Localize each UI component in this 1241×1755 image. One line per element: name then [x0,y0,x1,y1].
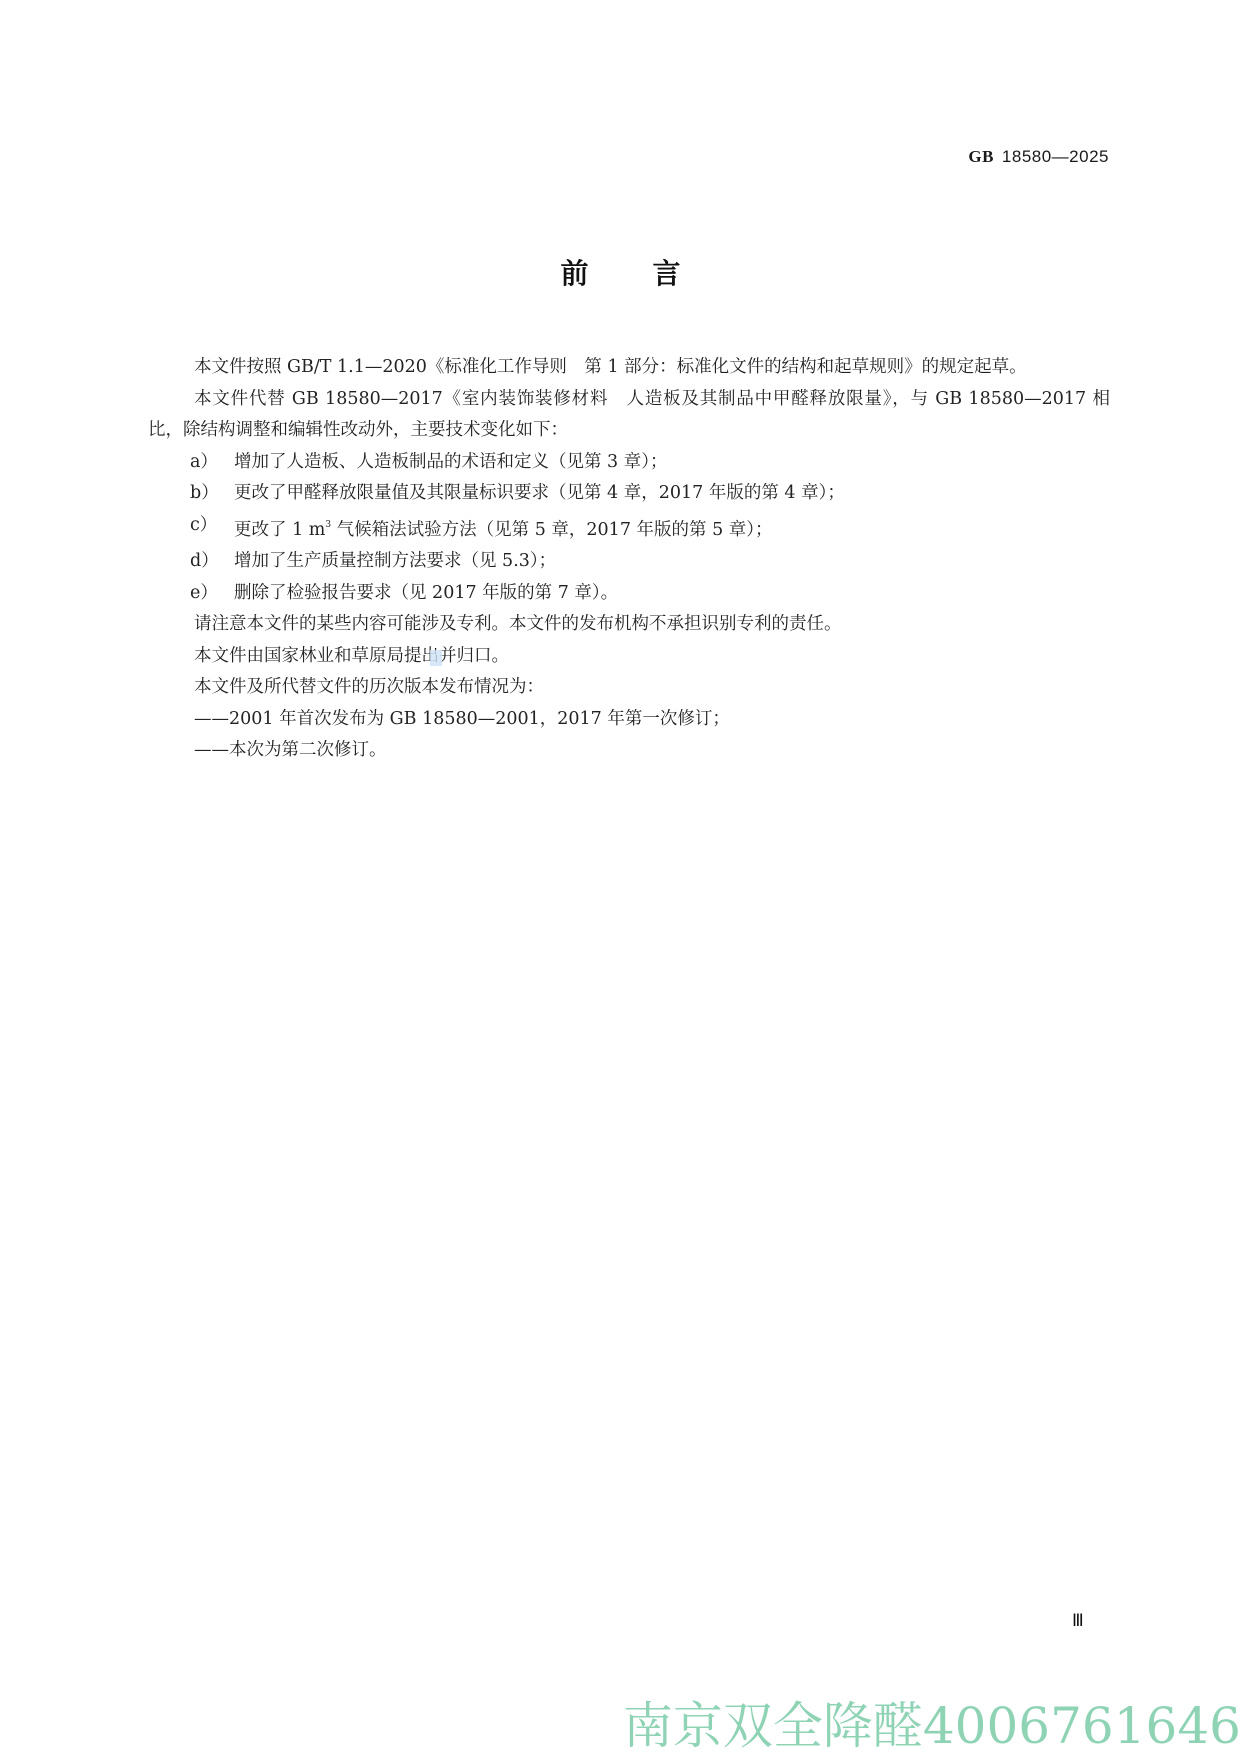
history-item-1: ——2001 年首次发布为 GB 18580—2001，2017 年第一次修订； [148,704,1110,736]
change-item-a: a） 增加了人造板、人造板制品的术语和定义（见第 3 章）； [148,447,1110,479]
list-marker: b） [190,478,214,510]
list-marker: c） [190,510,214,547]
scan-artifact [430,650,442,666]
document-page: GB18580—2025 前言 本文件按照 GB/T 1.1—2020《标准化工… [0,0,1241,1755]
change-text-part: 气候箱法试验方法（见第 5 章，2017 年版的第 5 章）； [331,520,772,540]
paragraph-patent-notice: 请注意本文件的某些内容可能涉及专利。本文件的发布机构不承担识别专利的责任。 [148,609,1110,641]
change-item-c: c） 更改了 1 m3 气候箱法试验方法（见第 5 章，2017 年版的第 5 … [148,510,1110,547]
standard-number: 18580—2025 [1002,147,1109,166]
list-marker: e） [190,578,214,610]
foreword-body: 本文件按照 GB/T 1.1—2020《标准化工作导则 第 1 部分：标准化文件… [148,352,1110,767]
change-item-b: b） 更改了甲醛释放限量值及其限量标识要求（见第 4 章，2017 年版的第 4… [148,478,1110,510]
paragraph-replacement: 本文件代替 GB 18580—2017《室内装饰装修材料 人造板及其制品中甲醛释… [148,384,1110,447]
change-text: 增加了生产质量控制方法要求（见 5.3）； [234,546,556,578]
title-char-2: 言 [653,257,681,290]
change-item-e: e） 删除了检验报告要求（见 2017 年版的第 7 章）。 [148,578,1110,610]
paragraph-proposer: 本文件由国家林业和草原局提出并归口。 [148,641,1110,673]
page-number: Ⅲ [1072,1611,1084,1631]
change-text: 更改了 1 m3 气候箱法试验方法（见第 5 章，2017 年版的第 5 章）； [234,510,773,547]
paragraph-history-intro: 本文件及所代替文件的历次版本发布情况为： [148,672,1110,704]
paragraph-drafting-basis: 本文件按照 GB/T 1.1—2020《标准化工作导则 第 1 部分：标准化文件… [148,352,1110,384]
watermark: 南京双全降醛4006761646 [623,1686,1241,1755]
standard-code: GB18580—2025 [968,147,1109,167]
change-text: 增加了人造板、人造板制品的术语和定义（见第 3 章）； [234,447,668,479]
list-marker: a） [190,447,214,479]
title-char-1: 前 [560,257,588,290]
standard-prefix: GB [968,147,994,166]
change-item-d: d） 增加了生产质量控制方法要求（见 5.3）； [148,546,1110,578]
history-item-2: ——本次为第二次修订。 [148,735,1110,767]
change-text: 更改了甲醛释放限量值及其限量标识要求（见第 4 章，2017 年版的第 4 章）… [234,478,845,510]
change-text-part: 更改了 1 m [234,520,325,540]
page-title: 前言 [0,252,1241,292]
list-marker: d） [190,546,214,578]
change-text: 删除了检验报告要求（见 2017 年版的第 7 章）。 [234,578,618,610]
